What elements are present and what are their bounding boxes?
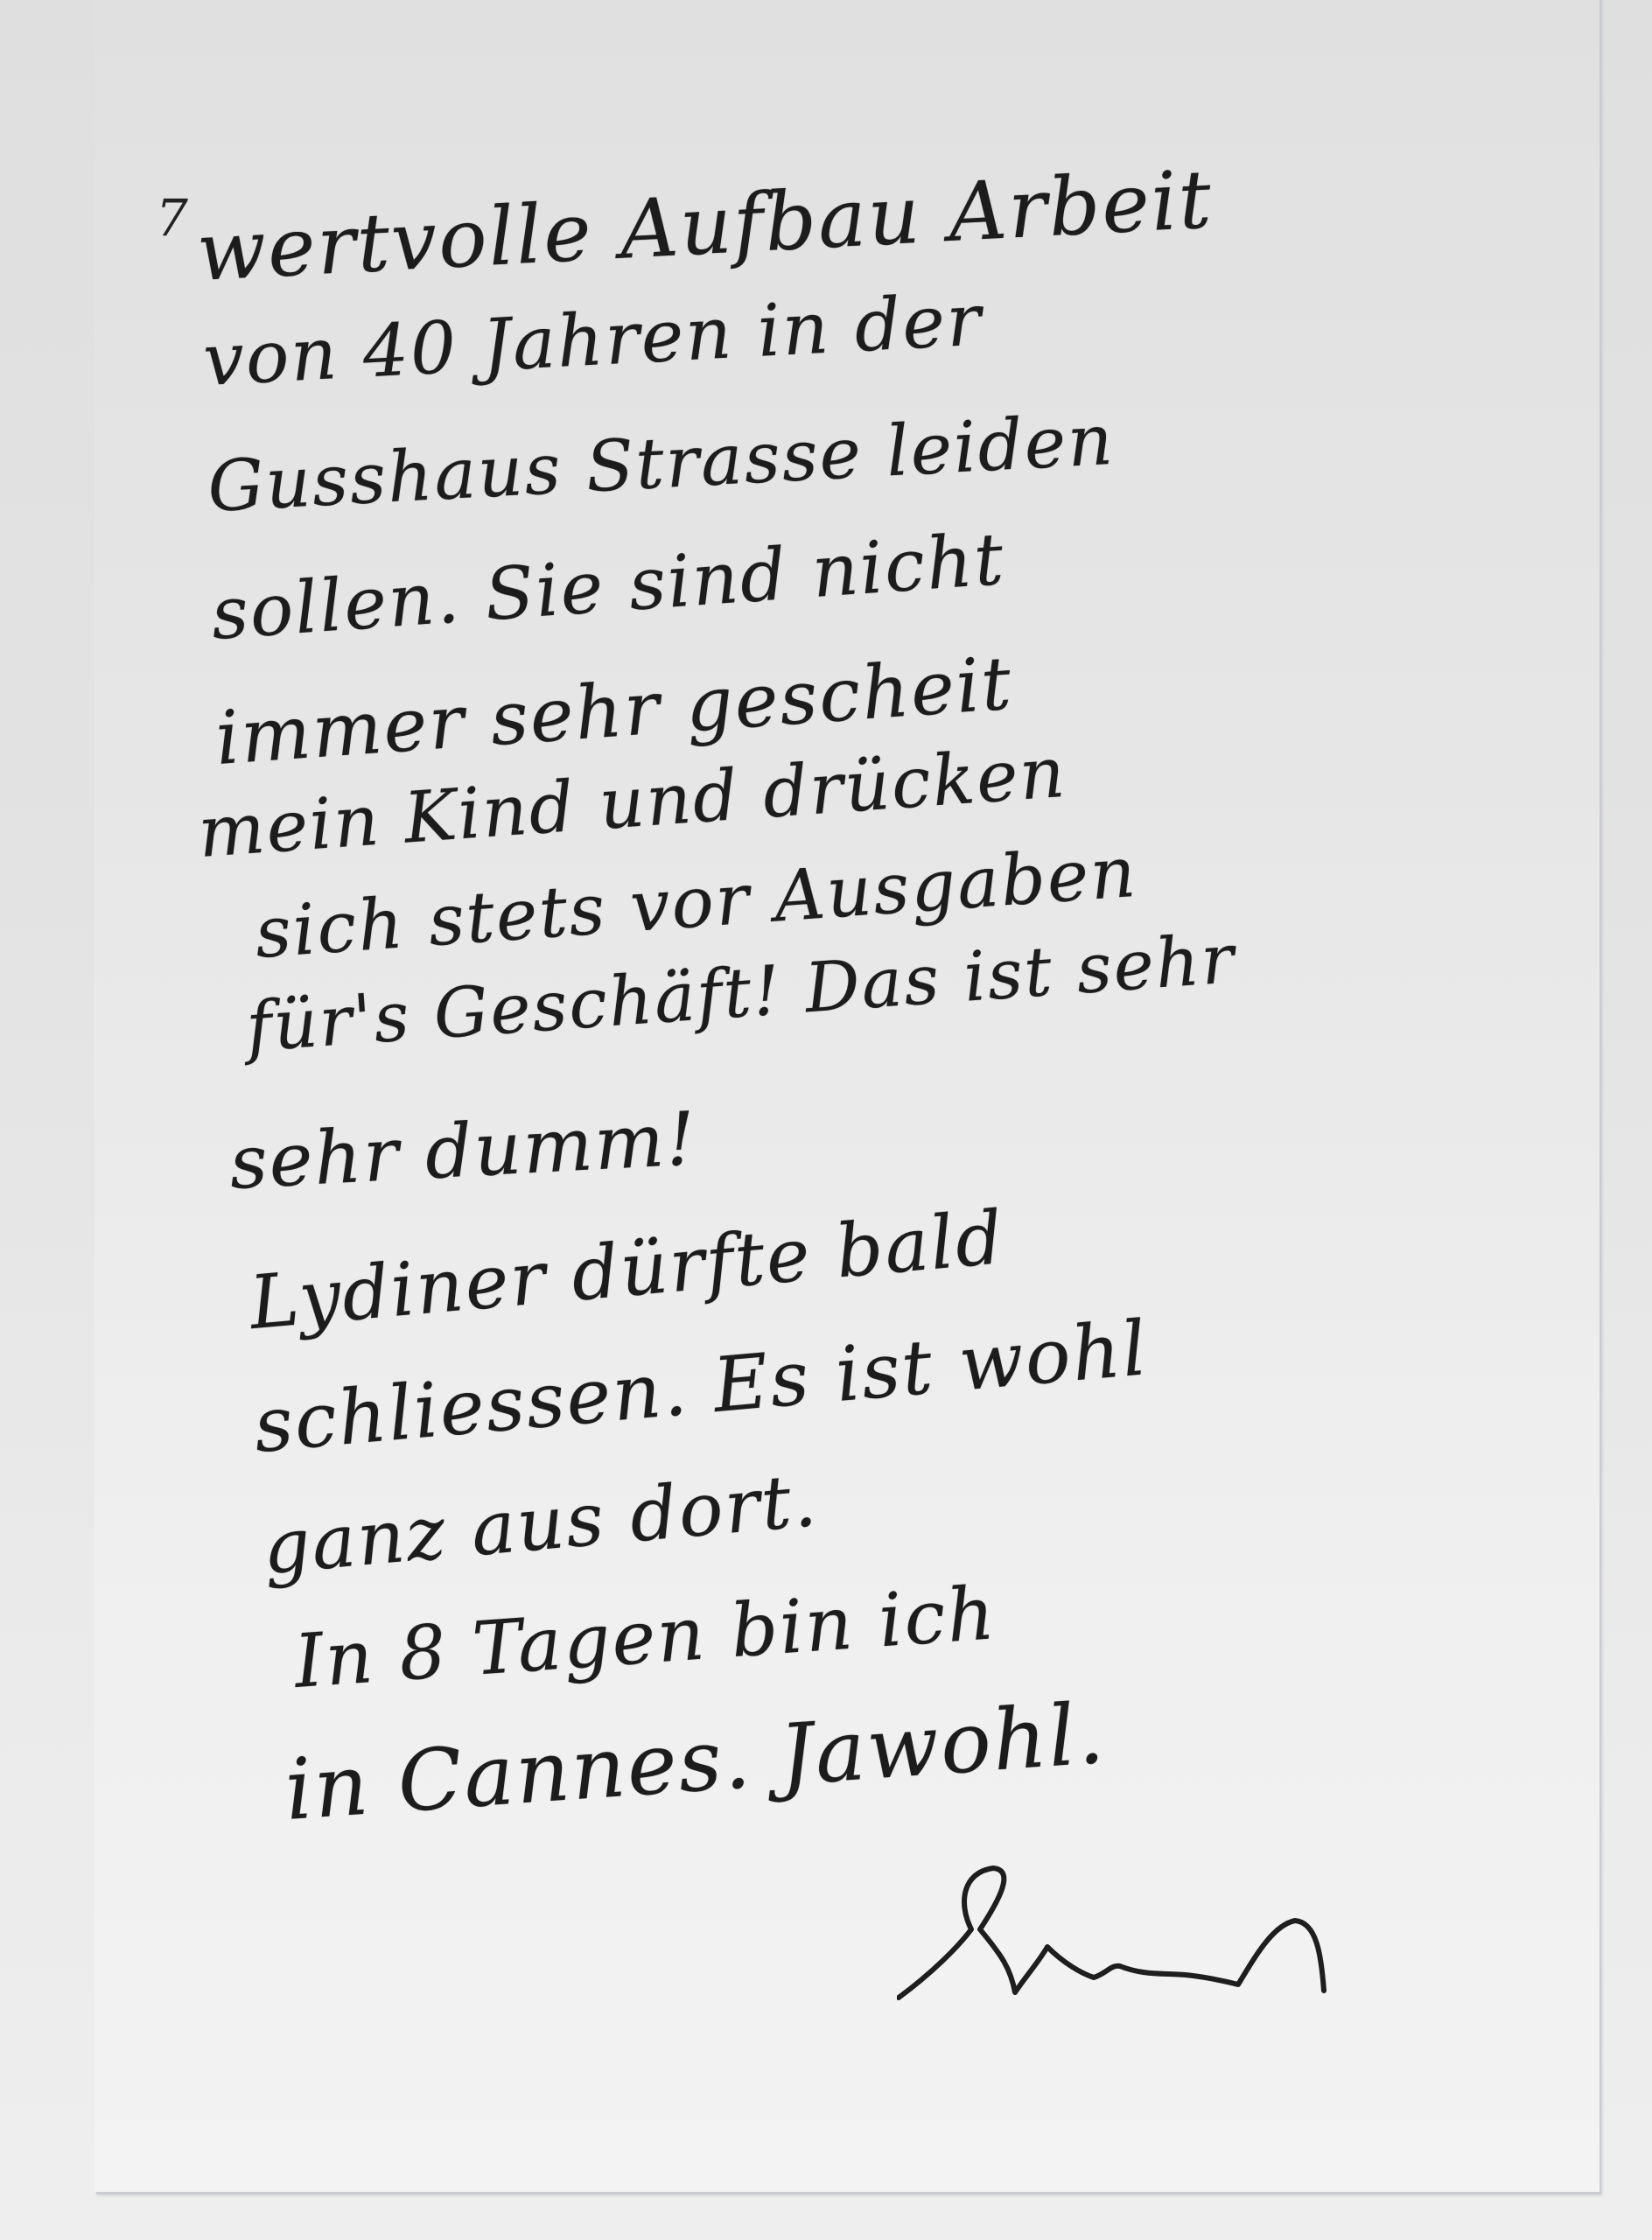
signature: signature scrawl (897, 1859, 1387, 2017)
letter-line-10: Lydiner dürfte bald (246, 1194, 1007, 1346)
letter-line-2: von 40 Jahren in der (201, 278, 984, 402)
letter-line-4: sollen. Sie sind nicht (208, 518, 1007, 656)
letter-line-14: in Cannes. Jawohl. (282, 1684, 1109, 1839)
signature-scrawl-icon (897, 1859, 1387, 2017)
letter-line-9: sehr dumm! (227, 1095, 699, 1206)
letter-line-13: In 8 Tagen bin ich (291, 1570, 998, 1704)
letter-line-1: wertvolle Aufbau Arbeit (194, 152, 1214, 299)
page-marker: 7 (156, 188, 188, 248)
letter-line-3: Gusshaus Strasse leiden (206, 399, 1116, 528)
letter-line-12: ganz aus dort. (259, 1457, 821, 1591)
handwritten-letter: 7 wertvolle Aufbau Arbeit von 40 Jahren … (0, 0, 1652, 2240)
